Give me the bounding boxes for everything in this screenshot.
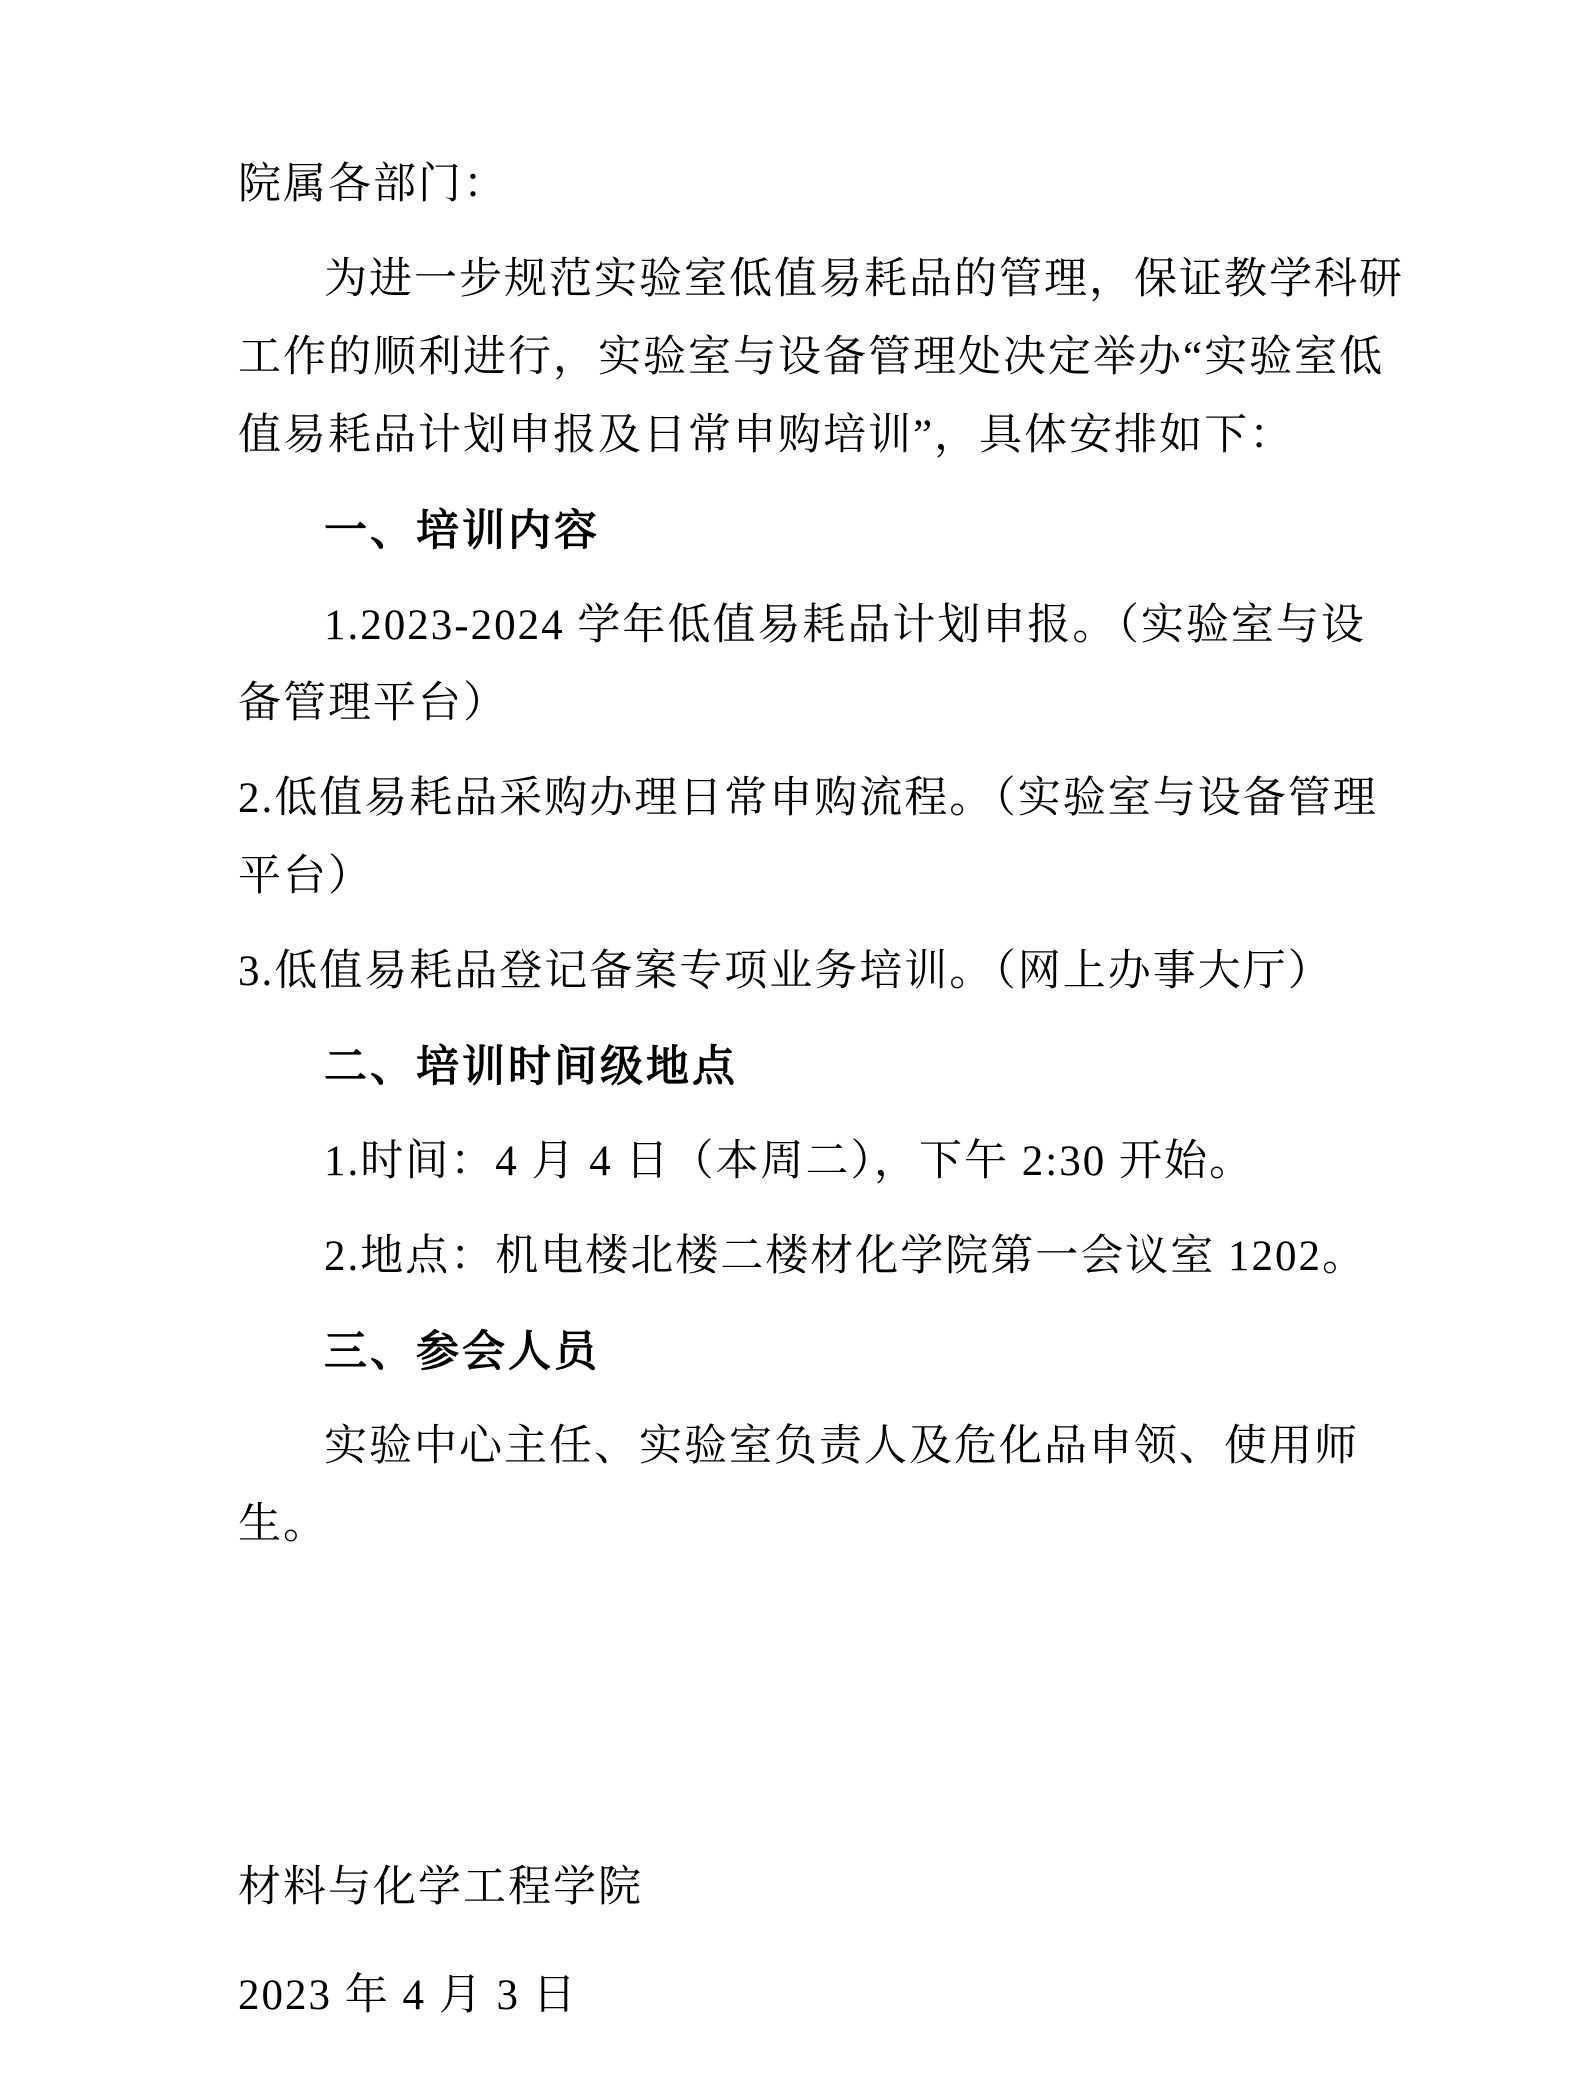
signature-block: 材料与化学工程学院 2023 年 4 月 3 日 — [238, 1849, 1422, 2035]
attendees-paragraph: 实验中心主任、实验室负责人及危化品申领、使用师生。 — [238, 1408, 1422, 1564]
notice-document-page: 院属各部门： 为进一步规范实验室低值易耗品的管理，保证教学科研 工作的顺利进行，… — [0, 0, 1587, 2090]
signature-organization: 材料与化学工程学院 — [238, 1849, 1350, 1927]
section-2-heading: 二、培训时间级地点 — [238, 1028, 1422, 1106]
intro-paragraph: 为进一步规范实验室低值易耗品的管理，保证教学科研 工作的顺利进行，实验室与设备管… — [238, 241, 1422, 475]
training-content-item-3: 3.低值易耗品登记备案专项业务培训。（网上办事大厅） — [238, 933, 1422, 1011]
salutation: 院属各部门： — [238, 146, 1422, 224]
section-3-heading: 三、参会人员 — [238, 1313, 1422, 1391]
signature-date: 2023 年 4 月 3 日 — [238, 1957, 1350, 2035]
training-content-item-1: 1.2023-2024 学年低值易耗品计划申报。（实验室与设 备管理平台） — [238, 587, 1422, 743]
training-time-item: 1.时间：4 月 4 日（本周二），下午 2:30 开始。 — [238, 1123, 1422, 1201]
section-1-heading: 一、培训内容 — [238, 492, 1422, 570]
training-content-item-2: 2.低值易耗品采购办理日常申购流程。（实验室与设备管理 平台） — [238, 760, 1422, 916]
training-location-item: 2.地点：机电楼北楼二楼材化学院第一会议室 1202。 — [238, 1218, 1422, 1296]
